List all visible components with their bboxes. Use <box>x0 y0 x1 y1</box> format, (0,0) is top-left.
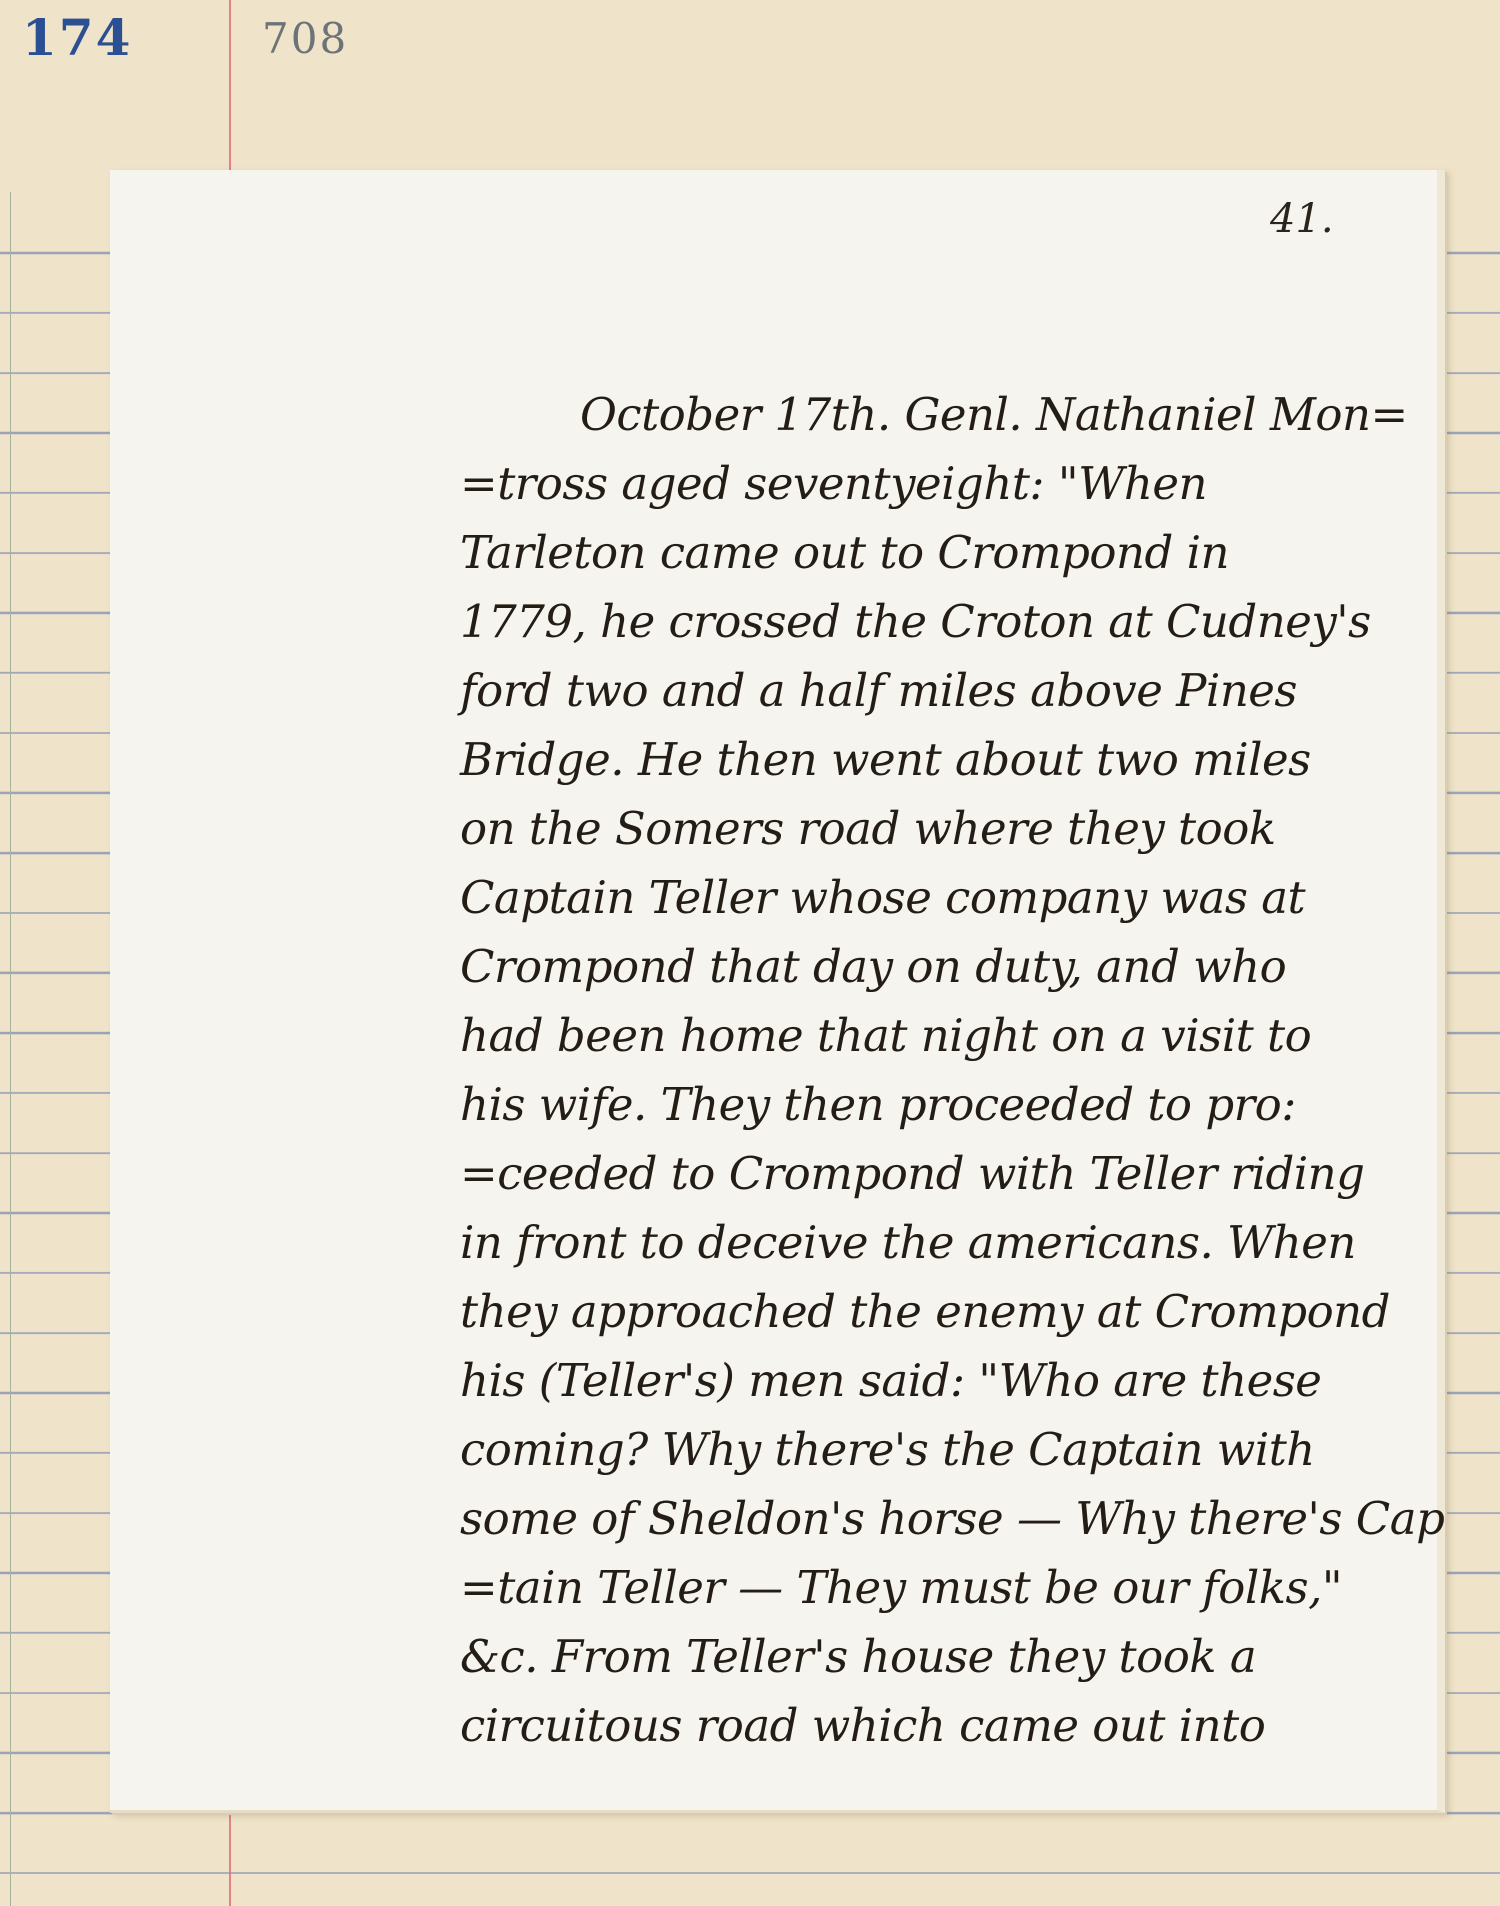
text-line: some of Sheldon's horse — Why there's Ca… <box>460 1484 1420 1553</box>
text-line: Captain Teller whose company was at <box>460 863 1420 932</box>
text-line: ford two and a half miles above Pines <box>460 656 1420 725</box>
text-line: Bridge. He then went about two miles <box>460 725 1420 794</box>
text-line: they approached the enemy at Crompond <box>460 1277 1420 1346</box>
text-line: on the Somers road where they took <box>460 794 1420 863</box>
text-line: &c. From Teller's house they took a <box>460 1622 1420 1691</box>
page-number: 41. <box>1270 196 1334 242</box>
ledger-stamp-number: 174 <box>22 8 132 67</box>
manuscript-text: October 17th. Genl. Nathaniel Mon= =tros… <box>460 380 1420 1760</box>
left-margin-rule <box>10 192 11 1906</box>
ledger-header-band <box>0 0 1500 192</box>
text-line: Tarleton came out to Crompond in <box>460 518 1420 587</box>
text-line: circuitous road which came out into <box>460 1691 1420 1760</box>
text-line: =tain Teller — They must be our folks," <box>460 1553 1420 1622</box>
text-line: had been home that night on a visit to <box>460 1001 1420 1070</box>
text-line: his wife. They then proceeded to pro: <box>460 1070 1420 1139</box>
text-line: =tross aged seventyeight: "When <box>460 449 1420 518</box>
text-line: 1779, he crossed the Croton at Cudney's <box>460 587 1420 656</box>
text-line: his (Teller's) men said: "Who are these <box>460 1346 1420 1415</box>
text-line: October 17th. Genl. Nathaniel Mon= <box>460 380 1420 449</box>
text-line: =ceeded to Crompond with Teller riding <box>460 1139 1420 1208</box>
text-line: coming? Why there's the Captain with <box>460 1415 1420 1484</box>
text-line: Crompond that day on duty, and who <box>460 932 1420 1001</box>
text-line: in front to deceive the americans. When <box>460 1208 1420 1277</box>
ledger-secondary-number: 708 <box>262 14 348 63</box>
